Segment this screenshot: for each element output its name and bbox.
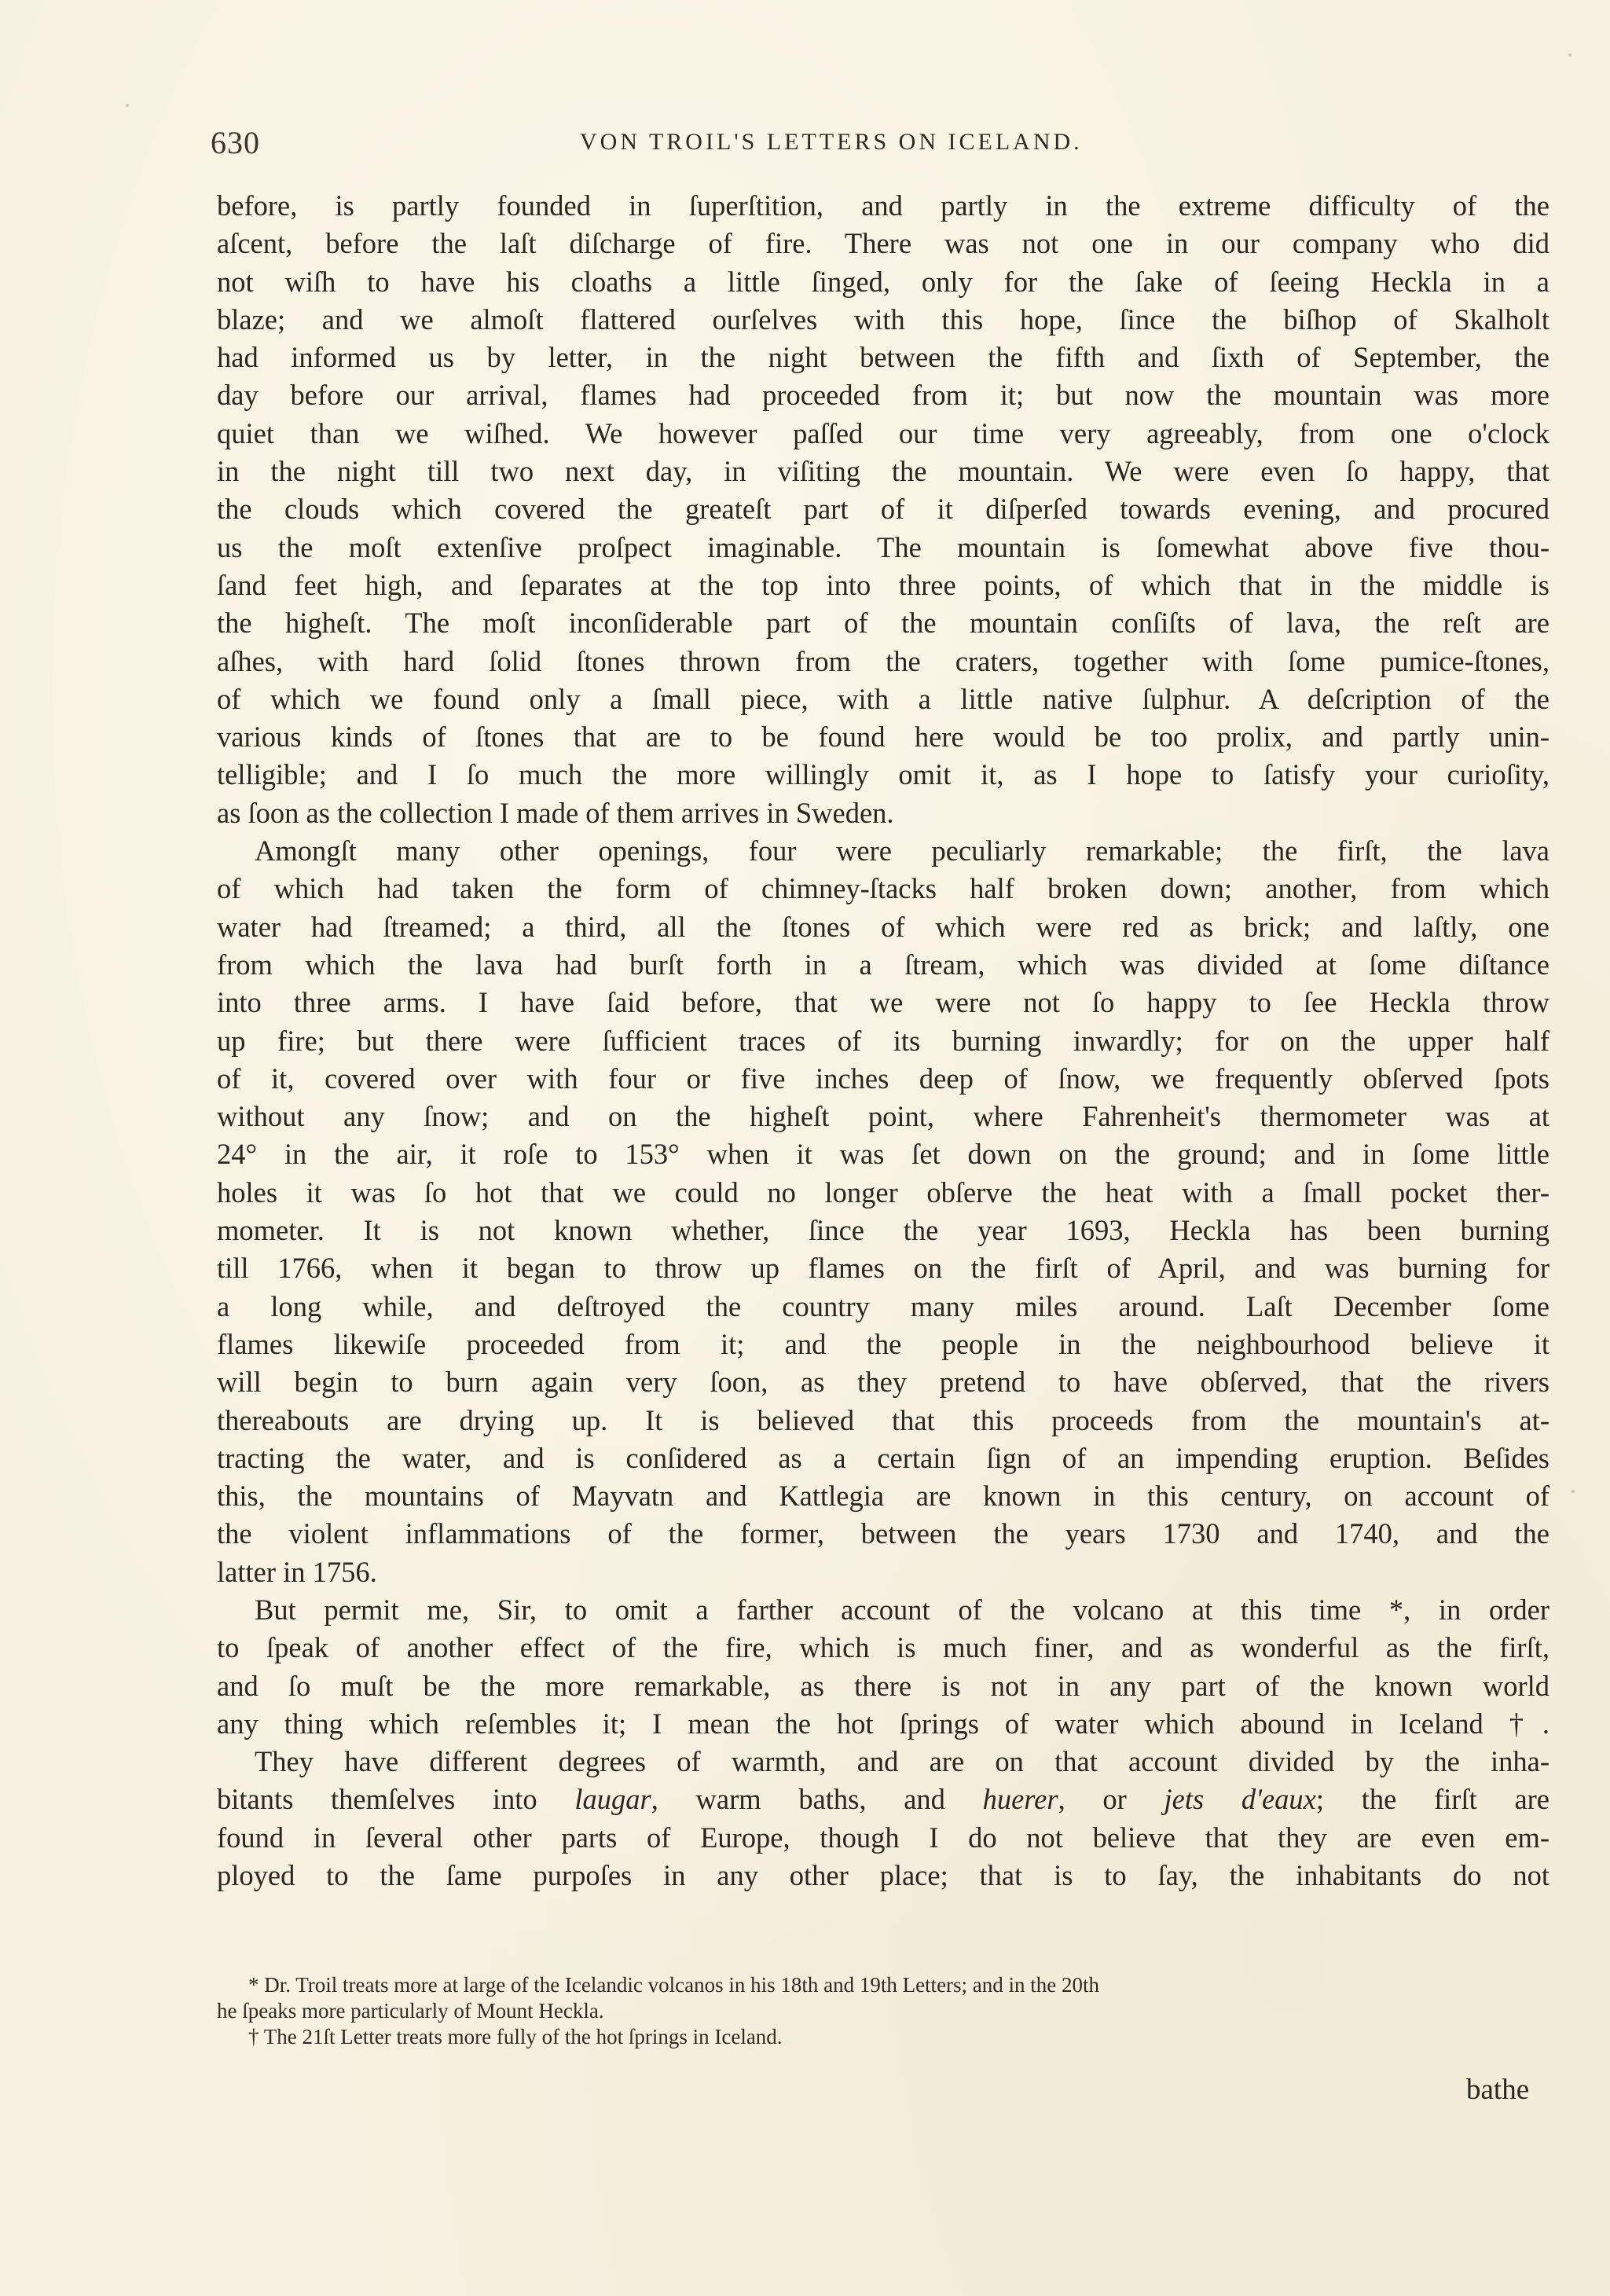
text-line: latter in 1756. <box>217 1553 1549 1591</box>
running-head: 630 VON TROIL'S LETTERS ON ICELAND. <box>211 118 1553 173</box>
text-line: the violent inflammations of the former,… <box>217 1515 1549 1553</box>
paper-speck <box>126 104 129 107</box>
text-line: had informed us by letter, in the night … <box>217 339 1549 376</box>
text-line: the clouds which covered the greateſt pa… <box>217 490 1549 528</box>
italic-term-huerer: huerer <box>983 1783 1058 1815</box>
paragraph-start-line: Amongſt many other openings, four were p… <box>217 832 1549 870</box>
text-line-with-italics: bitants themſelves into laugar, warm bat… <box>217 1781 1549 1818</box>
text-line: ployed to the ſame purpoſes in any other… <box>217 1857 1549 1894</box>
text-line: a long while, and deſtroyed the country … <box>217 1288 1549 1326</box>
text-line: without any ſnow; and on the higheſt poi… <box>217 1098 1549 1135</box>
paragraph-start-line: But permit me, Sir, to omit a farther ac… <box>217 1591 1549 1629</box>
text-line: till 1766, when it began to throw up fla… <box>217 1249 1549 1287</box>
page-number: 630 <box>211 124 260 161</box>
paper-speck <box>1568 53 1571 57</box>
text-line: into three arms. I have ſaid before, tha… <box>217 984 1549 1021</box>
text-line: to ſpeak of another effect of the fire, … <box>217 1629 1549 1667</box>
text-line: telligible; and I ſo much the more willi… <box>217 756 1549 794</box>
body-text: before, is partly founded in ſuperſtitio… <box>217 187 1549 1894</box>
text-line: us the moſt extenſive proſpect imaginabl… <box>217 529 1549 567</box>
text-fragment: , or <box>1058 1783 1164 1815</box>
footnote-dagger: † The 21ſt Letter treats more fully of t… <box>233 2024 1553 2050</box>
text-line: will begin to burn again very ſoon, as t… <box>217 1363 1549 1401</box>
text-line: tracting the water, and is conſidered as… <box>217 1440 1549 1477</box>
italic-term-laugar: laugar <box>574 1783 651 1815</box>
text-line: quiet than we wiſhed. We however paſſed … <box>217 415 1549 453</box>
text-line: from which the lava had burſt forth in a… <box>217 946 1549 984</box>
text-line: various kinds of ſtones that are to be f… <box>217 718 1549 756</box>
text-line: aſhes, with hard ſolid ſtones thrown fro… <box>217 643 1549 680</box>
text-line: of which had taken the form of chimney-ſ… <box>217 870 1549 908</box>
footnote-asterisk-continued: he ſpeaks more particularly of Mount Hec… <box>217 1998 1553 2024</box>
italic-term-jets-deaux: jets d'eaux <box>1164 1783 1316 1815</box>
text-line: up fire; but there were ſufficient trace… <box>217 1022 1549 1060</box>
text-line: day before our arrival, flames had proce… <box>217 376 1549 414</box>
footnote-asterisk: * Dr. Troil treats more at large of the … <box>233 1972 1553 1998</box>
text-line: holes it was ſo hot that we could no lon… <box>217 1174 1549 1212</box>
text-line: as ſoon as the collection I made of them… <box>217 794 1549 832</box>
text-line: this, the mountains of Mayvatn and Kattl… <box>217 1477 1549 1515</box>
paper-speck <box>1571 1490 1575 1493</box>
text-line: blaze; and we almoſt flattered ourſelves… <box>217 301 1549 339</box>
text-line: of it, covered over with four or five in… <box>217 1060 1549 1098</box>
text-fragment: , warm baths, and <box>651 1783 983 1815</box>
text-line: flames likewiſe proceeded from it; and t… <box>217 1326 1549 1363</box>
paragraph-start-line: They have different degrees of warmth, a… <box>217 1743 1549 1781</box>
footnotes: * Dr. Troil treats more at large of the … <box>233 1972 1553 2050</box>
text-line: and ſo muſt be the more remarkable, as t… <box>217 1667 1549 1705</box>
text-line: found in ſeveral other parts of Europe, … <box>217 1819 1549 1857</box>
text-line: the higheſt. The moſt inconſiderable par… <box>217 604 1549 642</box>
text-fragment: ; the firſt are <box>1316 1783 1549 1815</box>
text-line: water had ſtreamed; a third, all the ſto… <box>217 908 1549 946</box>
text-line: thereabouts are drying up. It is believe… <box>217 1402 1549 1440</box>
running-title: VON TROIL'S LETTERS ON ICELAND. <box>580 129 1083 156</box>
text-line: any thing which reſembles it; I mean the… <box>217 1705 1549 1743</box>
text-fragment: bitants themſelves into <box>217 1783 574 1815</box>
book-page: 630 VON TROIL'S LETTERS ON ICELAND. befo… <box>0 0 1610 2296</box>
text-line: in the night till two next day, in viſit… <box>217 453 1549 490</box>
text-line: mometer. It is not known whether, ſince … <box>217 1212 1549 1249</box>
text-line: 24° in the air, it roſe to 153° when it … <box>217 1135 1549 1173</box>
text-line: aſcent, before the laſt diſcharge of fir… <box>217 225 1549 262</box>
text-line: not wiſh to have his cloaths a little ſi… <box>217 263 1549 301</box>
catchword: bathe <box>1466 2073 1529 2107</box>
text-line: before, is partly founded in ſuperſtitio… <box>217 187 1549 225</box>
text-line: of which we found only a ſmall piece, wi… <box>217 680 1549 718</box>
text-line: ſand feet high, and ſeparates at the top… <box>217 567 1549 604</box>
